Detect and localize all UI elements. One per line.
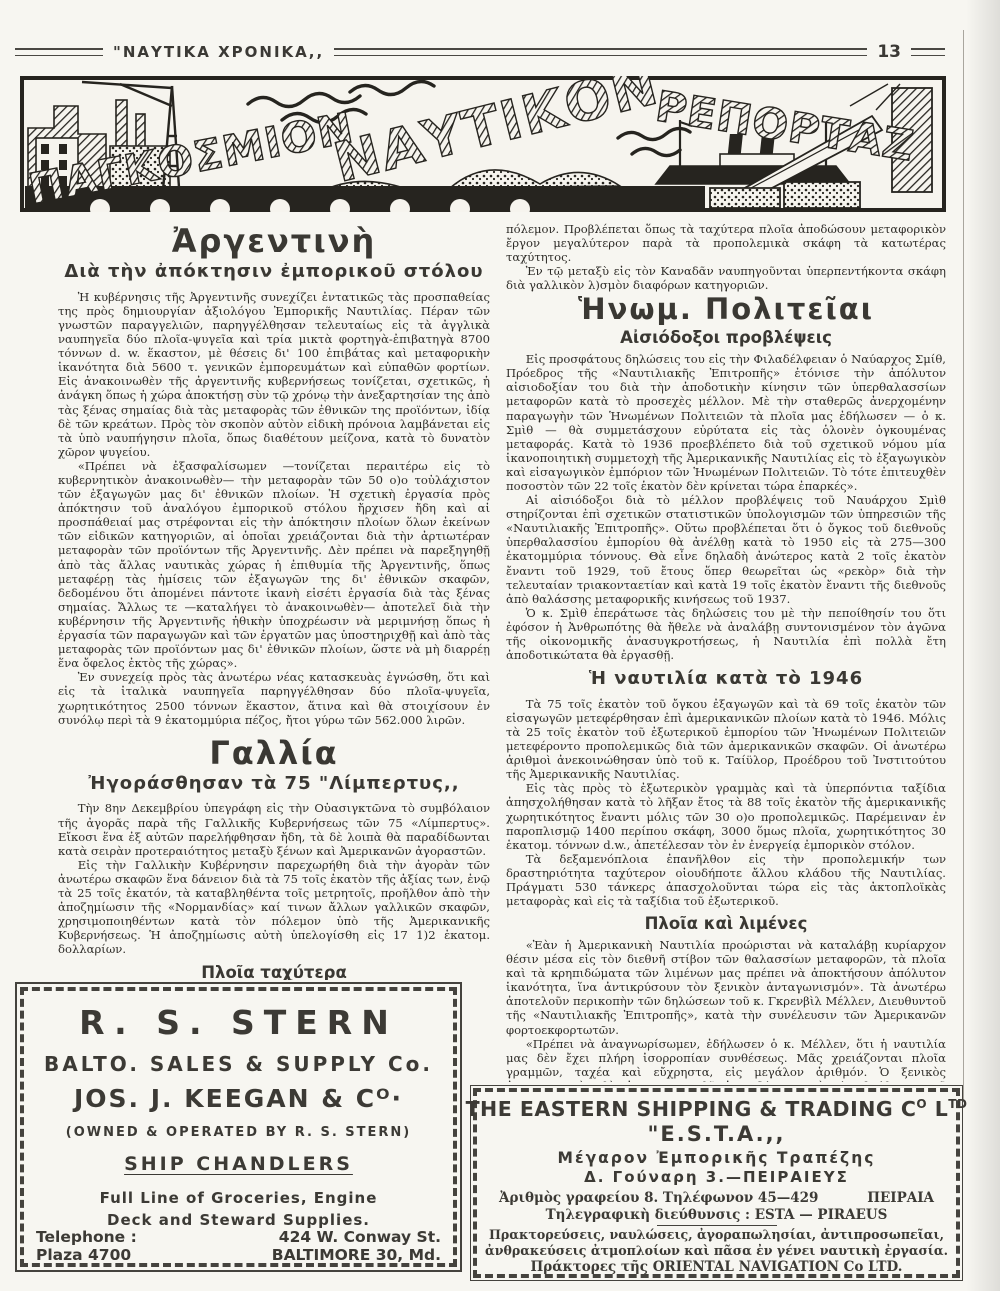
stern-line-chandlers: SHIP CHANDLERS bbox=[124, 1153, 353, 1175]
stern-company-name: R. S. STERN bbox=[79, 1003, 398, 1042]
stern-line-owned: (OWNED & OPERATED BY R. S. STERN) bbox=[66, 1125, 411, 1140]
usa-paragraph: Ὁ κ. Σμὶθ ἐπεράτωσε τὰς δηλώσεις του μὲ … bbox=[506, 606, 946, 662]
continuation-paragraph: πόλεμον. Προβλέπεται ὅπως τὰ ταχύτερα πλ… bbox=[506, 222, 946, 264]
esta-agents: Πράκτορες τῆς ORIENTAL NAVIGATION Co LTD… bbox=[530, 1259, 902, 1275]
usa-subheading: Αἰσιόδοξοι προβλέψεις bbox=[506, 328, 946, 348]
esta-brand: "E.S.T.A.,, bbox=[647, 1122, 785, 1146]
shipping-1946-paragraph: Εἰς τὰς πρὸς τὸ ἐξωτερικὸν γραμμὰς καὶ τ… bbox=[506, 781, 946, 851]
masthead-rule-right bbox=[911, 48, 945, 56]
esta-divider bbox=[657, 1225, 777, 1226]
ships-ports-heading: Πλοῖα καὶ λιμένες bbox=[506, 914, 946, 934]
usa-heading: Ἡνωμ. Πολιτεῖαι bbox=[506, 294, 946, 326]
esta-advertisement: THE EASTERN SHIPPING & TRADING CO LTD "E… bbox=[470, 1085, 963, 1281]
magazine-title: "ΝΑΥΤΙΚΑ ΧΡΟΝΙΚΑ,, bbox=[113, 43, 324, 61]
esta-services-1: Πρακτορεύσεις, ναυλώσεις, ἀγοραπωλησίαι,… bbox=[489, 1227, 944, 1242]
stern-line-balto: BALTO. SALES & SUPPLY Co. bbox=[44, 1052, 433, 1076]
masthead-rule-left bbox=[15, 48, 103, 56]
usa-paragraph: Αἱ αἰσιόδοξοι διὰ τὸ μέλλον προβλέψεις τ… bbox=[506, 493, 946, 606]
page-number: 13 bbox=[877, 42, 901, 62]
continuation-paragraph: Ἐν τῷ μεταξὺ εἰς τὸν Καναδᾶν ναυπηγοῦντα… bbox=[506, 264, 946, 292]
magazine-page: "ΝΑΥΤΙΚΑ ΧΡΟΝΙΚΑ,, 13 bbox=[0, 0, 1000, 1291]
shipping-1946-paragraph: Τὰ δεξαμενόπλοια ἐπανῆλθον εἰς τὴν προπο… bbox=[506, 852, 946, 908]
ships-ports-paragraph: «Πρέπει νὰ ἀναγνωρίσωμεν, ἐδήλωσεν ὁ κ. … bbox=[506, 1037, 946, 1082]
esta-office-phone-text: Ἀριθμὸς γραφείου 8. Τηλέφωνον 45—429 bbox=[499, 1190, 818, 1206]
stern-address-street: 424 W. Conway St. bbox=[272, 1229, 441, 1247]
argentina-paragraph: Ἡ κυβέρνησις τῆς Ἀργεντινῆς συνεχίζει ἐν… bbox=[58, 290, 490, 459]
left-column: Ἀργεντινὴ Διὰ τὴν ἀπόκτησιν ἐμπορικοῦ στ… bbox=[58, 222, 490, 980]
france-heading: Γαλλία bbox=[58, 736, 490, 771]
argentina-paragraph: Ἐν συνεχείᾳ πρὸς τὰς ἀνωτέρω νέας κατασκ… bbox=[58, 670, 490, 726]
esta-city: ΠΕΙΡΑΙΑ bbox=[867, 1190, 934, 1206]
esta-telegraph: Τηλεγραφικὴ διεύθυνσις : ESTA — PIRAEUS bbox=[546, 1207, 888, 1223]
stern-line-keegan: JOS. J. KEEGAN & Cᴼ· bbox=[74, 1084, 403, 1113]
stern-address: 424 W. Conway St. BALTIMORE 30, Md. bbox=[272, 1229, 441, 1265]
ships-ports-paragraph: «Ἐὰν ἡ Ἀμερικανικὴ Ναυτιλία προώρισται ν… bbox=[506, 938, 946, 1037]
shipping-1946-paragraph: Τὰ 75 τοῖς ἑκατὸν τοῦ ὄγκου ἐξαγωγῶν καὶ… bbox=[506, 697, 946, 782]
masthead: "ΝΑΥΤΙΚΑ ΧΡΟΝΙΚΑ,, 13 bbox=[15, 42, 945, 62]
masthead-rule-center bbox=[334, 48, 867, 56]
france-paragraph: Εἰς τὴν Γαλλικὴν Κυβέρνησιν παρεχωρήθη δ… bbox=[58, 858, 490, 957]
esta-company-name: THE EASTERN SHIPPING & TRADING CO LTD bbox=[466, 1097, 968, 1121]
argentina-subheading: Διὰ τὴν ἀπόκτησιν ἐμπορικοῦ στόλου bbox=[58, 261, 490, 283]
esta-street: Δ. Γούναρη 3.—ΠΕΙΡΑΙΕΥΣ bbox=[584, 1168, 849, 1186]
esta-services-2: ἀνθρακεύσεις ἀτμοπλοίων καὶ πᾶσα ἐν γένε… bbox=[485, 1243, 948, 1258]
stern-line-supplies: Deck and Steward Supplies. bbox=[107, 1211, 370, 1229]
france-subheading: Ἠγοράσθησαν τὰ 75 "Λίμπερτυς,, bbox=[58, 773, 490, 795]
argentina-heading: Ἀργεντινὴ bbox=[58, 224, 490, 259]
stern-advertisement: R. S. STERN BALTO. SALES & SUPPLY Co. JO… bbox=[15, 982, 462, 1272]
page-edge-line bbox=[963, 30, 964, 1100]
stern-telephone: Telephone : Plaza 4700 bbox=[36, 1229, 137, 1265]
shipping-1946-heading: Ἡ ναυτιλία κατὰ τὸ 1946 bbox=[506, 668, 946, 690]
france-paragraph: Τὴν 8ην Δεκεμβρίου ὑπεγράφη εἰς τὴν Οὐασ… bbox=[58, 801, 490, 857]
stern-telephone-label: Telephone : bbox=[36, 1229, 137, 1247]
faster-ships-heading: Πλοῖα ταχύτερα bbox=[58, 963, 490, 981]
usa-paragraph: Εἰς προσφάτους δηλώσεις του εἰς τὴν Φιλα… bbox=[506, 352, 946, 493]
right-column: πόλεμον. Προβλέπεται ὅπως τὰ ταχύτερα πλ… bbox=[506, 222, 946, 1082]
esta-building: Μέγαρον Ἐμπορικῆς Τραπέζης bbox=[558, 1149, 876, 1167]
banner-illustration: ΠΑΓΚΟΣΜΙΟΝ ΝΑΥΤΙΚΟΝ ΡΕΠΟΡΤΑΖ bbox=[20, 76, 946, 212]
stern-address-city: BALTIMORE 30, Md. bbox=[272, 1247, 441, 1265]
stern-line-groceries: Full Line of Groceries, Engine bbox=[100, 1189, 378, 1207]
argentina-paragraph: «Πρέπει νὰ ἐξασφαλίσωμεν —τονίζεται περα… bbox=[58, 459, 490, 670]
esta-office-phone: Ἀριθμὸς γραφείου 8. Τηλέφωνον 45—429 ΠΕΙ… bbox=[485, 1190, 948, 1206]
stern-telephone-value: Plaza 4700 bbox=[36, 1247, 137, 1265]
